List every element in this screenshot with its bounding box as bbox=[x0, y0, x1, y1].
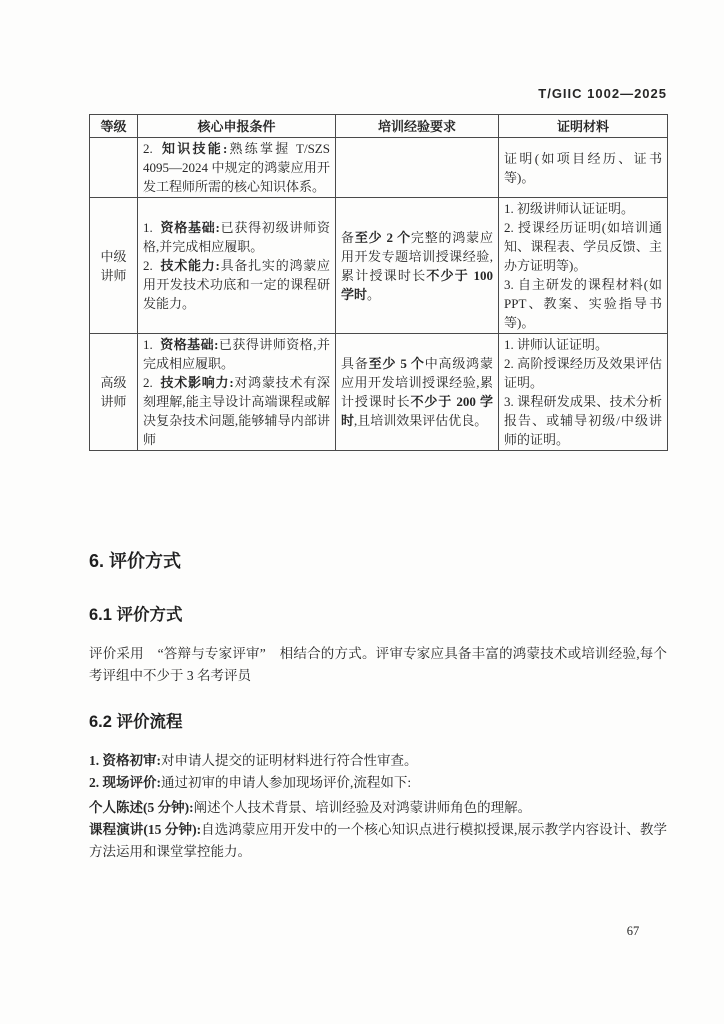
condition-label: 技术影响力: bbox=[160, 375, 234, 390]
materials-cell: 证明(如项目经历、证书等)。 bbox=[499, 138, 668, 198]
material-item: 3. 自主研发的课程材料(如 PPT、教案、实验指导书等)。 bbox=[504, 275, 662, 332]
materials-cell: 1. 讲师认证证明。 2. 高阶授课经历及效果评估证明。 3. 课程研发成果、技… bbox=[499, 334, 668, 451]
procedure-item: 个人陈述(5 分钟):阐述个人技术背景、培训经验及对鸿蒙讲师角色的理解。 bbox=[89, 797, 667, 819]
experience-run: 具备 bbox=[341, 356, 369, 371]
page-number: 67 bbox=[600, 924, 666, 939]
experience-text: 备至少 2 个完整的鸿蒙应用开发专题培训授课经验,累计授课时长不少于 100 学… bbox=[341, 228, 493, 304]
table-header-row: 等级 核心申报条件 培训经验要求 证明材料 bbox=[90, 115, 668, 138]
condition-item: 2.技术影响力:对鸿蒙技术有深刻理解,能主导设计高端课程或解决复杂技术问题,能够… bbox=[143, 373, 330, 449]
table-row-intermediate: 中级讲师 1.资格基础:已获得初级讲师资格,并完成相应履职。 2.技术能力:具备… bbox=[90, 198, 668, 334]
material-item: 3. 课程研发成果、技术分析报告、或辅导初级/中级讲师的证明。 bbox=[504, 392, 662, 449]
condition-label: 资格基础: bbox=[160, 337, 219, 352]
condition-item: 1.资格基础:已获得讲师资格,并完成相应履职。 bbox=[143, 335, 330, 373]
section-6-1-paragraph: 评价采用 “答辩与专家评审” 相结合的方式。评审专家应具备丰富的鸿蒙技术或培训经… bbox=[89, 643, 667, 687]
experience-run: ,且培训效果评估优良。 bbox=[354, 413, 487, 428]
level-cell: 高级讲师 bbox=[90, 334, 138, 451]
item-number: 2. bbox=[143, 375, 153, 390]
procedure-label: 课程演讲(15 分钟): bbox=[89, 822, 201, 837]
step-label: 1. 资格初审: bbox=[89, 753, 161, 768]
item-number: 2. bbox=[143, 258, 153, 273]
materials-cell: 1. 初级讲师认证证明。 2. 授课经历证明(如培训通知、课程表、学员反馈、主办… bbox=[499, 198, 668, 334]
conditions-cell: 2.知识技能:熟练掌握 T/SZS 4095—2024 中规定的鸿蒙应用开发工程… bbox=[138, 138, 336, 198]
material-item: 2. 高阶授课经历及效果评估证明。 bbox=[504, 354, 662, 392]
procedure-item: 课程演讲(15 分钟):自选鸿蒙应用开发中的一个核心知识点进行模拟授课,展示教学… bbox=[89, 819, 667, 863]
conditions-cell: 1.资格基础:已获得讲师资格,并完成相应履职。 2.技术影响力:对鸿蒙技术有深刻… bbox=[138, 334, 336, 451]
table-row-continuation: 2.知识技能:熟练掌握 T/SZS 4095—2024 中规定的鸿蒙应用开发工程… bbox=[90, 138, 668, 198]
section-6-1-title: 6.1 评价方式 bbox=[89, 601, 183, 625]
step-item: 2. 现场评价:通过初审的申请人参加现场评价,流程如下: bbox=[89, 772, 667, 794]
onsite-procedure: 个人陈述(5 分钟):阐述个人技术背景、培训经验及对鸿蒙讲师角色的理解。 课程演… bbox=[89, 797, 667, 863]
condition-item: 1.资格基础:已获得初级讲师资格,并完成相应履职。 bbox=[143, 218, 330, 256]
col-header-experience: 培训经验要求 bbox=[336, 115, 499, 138]
experience-text: 具备至少 5 个中高级鸿蒙应用开发培训授课经验,累计授课时长不少于 200 学时… bbox=[341, 354, 493, 430]
item-number: 1. bbox=[143, 220, 153, 235]
col-header-conditions: 核心申报条件 bbox=[138, 115, 336, 138]
item-number: 1. bbox=[143, 337, 153, 352]
col-header-level: 等级 bbox=[90, 115, 138, 138]
conditions-cell: 1.资格基础:已获得初级讲师资格,并完成相应履职。 2.技术能力:具备扎实的鸿蒙… bbox=[138, 198, 336, 334]
experience-run: 备 bbox=[341, 230, 355, 245]
document-reference: T/GIIC 1002—2025 bbox=[89, 86, 667, 101]
condition-item: 2.知识技能:熟练掌握 T/SZS 4095—2024 中规定的鸿蒙应用开发工程… bbox=[143, 139, 330, 196]
experience-run: 。 bbox=[367, 287, 380, 302]
item-number: 2. bbox=[143, 141, 153, 156]
condition-label: 资格基础: bbox=[160, 220, 220, 235]
condition-item: 2.技术能力:具备扎实的鸿蒙应用开发技术功底和一定的课程研发能力。 bbox=[143, 256, 330, 313]
procedure-label: 个人陈述(5 分钟): bbox=[89, 800, 194, 815]
qualification-table: 等级 核心申报条件 培训经验要求 证明材料 2.知识技能:熟练掌握 T/SZS … bbox=[89, 114, 668, 451]
material-item: 1. 初级讲师认证证明。 bbox=[504, 199, 662, 218]
material-item: 2. 授课经历证明(如培训通知、课程表、学员反馈、主办方证明等)。 bbox=[504, 218, 662, 275]
material-item: 证明(如项目经历、证书等)。 bbox=[504, 149, 662, 187]
document-page: T/GIIC 1002—2025 等级 核心申报条件 培训经验要求 证明材料 2… bbox=[0, 0, 724, 1024]
experience-strong: 至少 2 个 bbox=[355, 230, 411, 245]
experience-cell: 备至少 2 个完整的鸿蒙应用开发专题培训授课经验,累计授课时长不少于 100 学… bbox=[336, 198, 499, 334]
material-item: 1. 讲师认证证明。 bbox=[504, 335, 662, 354]
step-label: 2. 现场评价: bbox=[89, 775, 161, 790]
table-row-senior: 高级讲师 1.资格基础:已获得讲师资格,并完成相应履职。 2.技术影响力:对鸿蒙… bbox=[90, 334, 668, 451]
evaluation-steps: 1. 资格初审:对申请人提交的证明材料进行符合性审查。 2. 现场评价:通过初审… bbox=[89, 750, 667, 794]
level-cell bbox=[90, 138, 138, 198]
procedure-text: 阐述个人技术背景、培训经验及对鸿蒙讲师角色的理解。 bbox=[194, 800, 532, 815]
section-6-2-title: 6.2 评价流程 bbox=[89, 708, 183, 732]
experience-cell bbox=[336, 138, 499, 198]
experience-strong: 至少 5 个 bbox=[369, 356, 425, 371]
col-header-materials: 证明材料 bbox=[499, 115, 668, 138]
step-text: 对申请人提交的证明材料进行符合性审查。 bbox=[161, 753, 418, 768]
experience-cell: 具备至少 5 个中高级鸿蒙应用开发培训授课经验,累计授课时长不少于 200 学时… bbox=[336, 334, 499, 451]
step-item: 1. 资格初审:对申请人提交的证明材料进行符合性审查。 bbox=[89, 750, 667, 772]
step-text: 通过初审的申请人参加现场评价,流程如下: bbox=[161, 775, 411, 790]
level-cell: 中级讲师 bbox=[90, 198, 138, 334]
condition-label: 知识技能: bbox=[160, 141, 228, 156]
section-6-title: 6. 评价方式 bbox=[89, 547, 181, 573]
condition-label: 技术能力: bbox=[160, 258, 220, 273]
